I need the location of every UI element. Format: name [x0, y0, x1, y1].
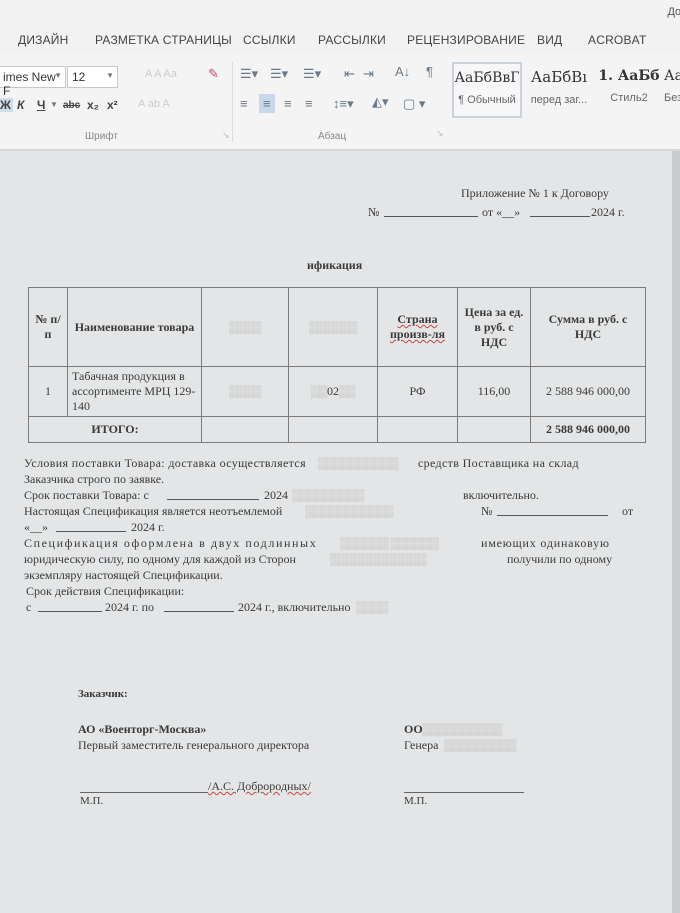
page-edge — [672, 151, 680, 913]
col-header-total: Сумма в руб. с НДС — [531, 288, 646, 367]
redacted-text: ▒▒▒▒▒▒▒▒▒▒▒ — [305, 504, 393, 519]
delivery-terms-text: Условия поставки Товара: доставка осущес… — [24, 456, 306, 471]
customer-position: Первый заместитель генерального директор… — [78, 738, 309, 753]
delivery-period-year: 2024 — [264, 488, 288, 503]
appendix-date-label: от «__» — [482, 205, 520, 220]
italic-button[interactable]: К — [17, 98, 24, 112]
redacted-text: ▒▒▒▒▒▒▒▒▒ — [292, 488, 364, 503]
col-header-redacted: ▒▒▒▒ — [202, 288, 289, 367]
col-header-name: Наименование товара — [68, 288, 202, 367]
validity-from-year: 2024 г. по — [105, 600, 154, 615]
signature-line — [404, 792, 524, 793]
col-header-country: Страна произв-ля — [378, 288, 458, 367]
redacted-text: ▒▒▒▒▒▒ ▒▒▒▒▒▒ — [340, 536, 439, 551]
bold-button[interactable]: Ж — [0, 98, 13, 112]
numbering-icon[interactable]: ☰▾ — [270, 66, 288, 82]
decrease-indent-icon[interactable]: ⇤ — [344, 66, 355, 82]
table-total-row: ИТОГО: 2 588 946 000,00 — [29, 417, 646, 443]
chevron-down-icon: ▼ — [106, 71, 114, 80]
group-separator — [232, 62, 233, 142]
cell-country: РФ — [378, 367, 458, 417]
tab-page-layout[interactable]: РАЗМЕТКА СТРАНИЦЫ — [95, 33, 232, 47]
tab-review[interactable]: РЕЦЕНЗИРОВАНИЕ — [407, 33, 525, 47]
supplier-position: Генера — [404, 738, 438, 753]
tab-design[interactable]: ДИЗАЙН — [18, 33, 69, 47]
superscript-button[interactable]: x² — [107, 98, 118, 112]
cell-quantity-value: 02 — [327, 384, 339, 398]
redacted-text: ▒▒▒▒ — [356, 600, 388, 615]
group-label-paragraph: Абзац — [318, 131, 346, 142]
col-header-redacted: ▒▒▒▒▒▒ — [289, 288, 378, 367]
grow-shrink-font-icon[interactable]: A A Aa — [145, 68, 177, 80]
copies-text-end: имеющих одинаковую — [481, 536, 610, 551]
copies-text: Спецификация оформлена в двух подлинных — [24, 536, 317, 551]
underline-button[interactable]: Ч — [37, 98, 45, 112]
validity-text: Срок действия Спецификации: — [26, 584, 184, 599]
supplier-stamp: М.П. — [404, 795, 427, 807]
chevron-down-icon[interactable]: ▼ — [50, 100, 58, 109]
cell-empty — [458, 417, 531, 443]
document-title: Док — [667, 6, 680, 18]
blank-field — [384, 206, 478, 217]
blank-field — [164, 601, 234, 612]
style-before-heading[interactable]: АаБбВı перед заг... — [524, 62, 594, 118]
shading-icon[interactable]: ◭▾ — [372, 94, 389, 110]
style-name: Стиль2 — [594, 92, 664, 104]
tab-acrobat[interactable]: ACROBAT — [588, 33, 647, 47]
chevron-down-icon: ▼ — [54, 71, 62, 80]
style-sample: Аа — [664, 68, 680, 84]
blank-field — [530, 206, 590, 217]
delivery-terms-end: средств Поставщика на склад — [418, 456, 579, 471]
validity-to-year: 2024 г., включительно — [238, 600, 350, 615]
copies-line2: юридическую силу, по одному для каждой и… — [24, 552, 296, 567]
styles-gallery: АаБбВвГ ¶ Обычный АаБбВı перед заг... 1.… — [452, 62, 680, 126]
pilcrow-icon[interactable]: ¶ — [426, 64, 433, 79]
cell-empty — [378, 417, 458, 443]
ribbon: imes New F ▼ 12 ▼ A A Aa ✎ Ж К Ч ▼ abc x… — [0, 54, 680, 150]
redacted-text: ▒▒▒▒▒▒▒▒▒ — [444, 738, 516, 753]
align-center-icon[interactable]: ≡ — [259, 94, 275, 113]
style-name: ¶ Обычный — [454, 94, 520, 106]
font-name-value: imes New F — [3, 70, 56, 98]
table-header-row: № п/п Наименование товара ▒▒▒▒ ▒▒▒▒▒▒ Ст… — [29, 288, 646, 367]
delivery-period-end: включительно. — [463, 488, 539, 503]
font-size-value: 12 — [72, 70, 85, 84]
integral-part-text: Настоящая Спецификация является неотъемл… — [24, 504, 282, 519]
strikethrough-button[interactable]: abc — [63, 100, 80, 111]
borders-icon[interactable]: ▢ ▾ — [403, 96, 425, 112]
delivery-period-text: Срок поставки Товара: с — [24, 488, 149, 503]
redacted-text: ▒▒▒▒▒▒▒▒▒▒ — [422, 722, 502, 737]
tab-view[interactable]: ВИД — [537, 33, 562, 47]
appendix-title: Приложение № 1 к Договору — [461, 186, 609, 201]
cell-number: 1 — [29, 367, 68, 417]
supplier-org: ОО — [404, 722, 423, 737]
blank-field — [167, 489, 259, 500]
signature-line — [80, 792, 208, 793]
blank-field — [497, 505, 608, 516]
customer-org: АО «Военторг-Москва» — [78, 722, 206, 737]
style-no-spacing[interactable]: Аа Без — [664, 62, 680, 118]
style-sample: 1. АаБб — [594, 68, 664, 84]
blank-field — [56, 521, 126, 532]
delivery-terms-line2: Заказчика строго по заявке. — [24, 472, 164, 487]
cell-quantity: ▒▒02▒▒ — [289, 367, 378, 417]
cell-total: 2 588 946 000,00 — [531, 367, 646, 417]
dialog-launcher-icon[interactable]: ↘ — [222, 130, 230, 141]
contract-date-label: от — [622, 504, 633, 519]
specification-table: № п/п Наименование товара ▒▒▒▒ ▒▒▒▒▒▒ Ст… — [28, 287, 646, 443]
line-spacing-icon[interactable]: ↕≡▾ — [333, 96, 354, 112]
style-name: перед заг... — [524, 94, 594, 106]
style-sample: АаБбВı — [524, 68, 594, 86]
blank-field — [38, 601, 102, 612]
style-sample: АаБбВвГ — [454, 70, 520, 86]
style-style2[interactable]: 1. АаБб Стиль2 — [594, 62, 664, 118]
align-left-icon[interactable]: ≡ — [240, 96, 248, 111]
document-heading: ификация — [307, 258, 362, 273]
validity-from: с — [26, 600, 31, 615]
multilevel-list-icon[interactable]: ☰▾ — [303, 66, 321, 82]
tab-references[interactable]: ССЫЛКИ — [243, 33, 296, 47]
cell-empty — [289, 417, 378, 443]
table-row: 1 Табачная продукция в ассортименте МРЦ … — [29, 367, 646, 417]
col-header-unit-price: Цена за ед. в руб. с НДС — [458, 288, 531, 367]
customer-label: Заказчик: — [78, 688, 128, 700]
clear-format-icon[interactable]: ✎ — [208, 66, 219, 82]
contract-number-label: № — [481, 504, 492, 519]
redacted-text: ▒▒▒▒▒▒▒▒▒▒ — [318, 456, 398, 471]
customer-signatory: /А.С. Доброродных/ — [208, 779, 311, 794]
col-header-number: № п/п — [29, 288, 68, 367]
subscript-button[interactable]: x₂ — [87, 98, 99, 112]
group-label-font: Шрифт — [85, 131, 118, 142]
dialog-launcher-icon[interactable]: ↘ — [436, 128, 444, 139]
cell-empty — [202, 417, 289, 443]
font-name-select[interactable]: imes New F ▼ — [0, 66, 66, 88]
copies-line2-end: получили по одному — [507, 552, 612, 567]
sort-icon[interactable]: A↓ — [395, 64, 410, 79]
tab-mailings[interactable]: РАССЫЛКИ — [318, 33, 386, 47]
cell-redacted: ▒▒▒▒ — [202, 367, 289, 417]
customer-stamp: М.П. — [80, 795, 103, 807]
ribbon-tabs: ДИЗАЙН РАЗМЕТКА СТРАНИЦЫ ССЫЛКИ РАССЫЛКИ… — [0, 24, 680, 54]
text-effects-icon[interactable]: A ab A — [138, 98, 170, 110]
total-value: 2 588 946 000,00 — [531, 417, 646, 443]
contract-date-quote: «__» — [24, 520, 48, 535]
cell-unit-price: 116,00 — [458, 367, 531, 417]
increase-indent-icon[interactable]: ⇥ — [363, 66, 374, 82]
cell-name: Табачная продукция в ассортименте МРЦ 12… — [68, 367, 202, 417]
copies-line3: экземпляру настоящей Спецификации. — [24, 568, 223, 583]
bullets-icon[interactable]: ☰▾ — [240, 66, 258, 82]
justify-icon[interactable]: ≡ — [305, 96, 313, 111]
contract-date-year: 2024 г. — [131, 520, 165, 535]
total-label: ИТОГО: — [29, 417, 202, 443]
align-right-icon[interactable]: ≡ — [284, 96, 292, 111]
appendix-year: 2024 г. — [591, 205, 625, 220]
font-size-select[interactable]: 12 ▼ — [67, 66, 118, 88]
title-bar: Док — [0, 0, 680, 24]
redacted-text: ▒▒▒▒▒▒▒▒▒▒▒▒ — [330, 552, 426, 567]
style-normal[interactable]: АаБбВвГ ¶ Обычный — [452, 62, 522, 118]
style-name: Без — [664, 92, 680, 104]
appendix-number-label: № — [368, 205, 379, 220]
